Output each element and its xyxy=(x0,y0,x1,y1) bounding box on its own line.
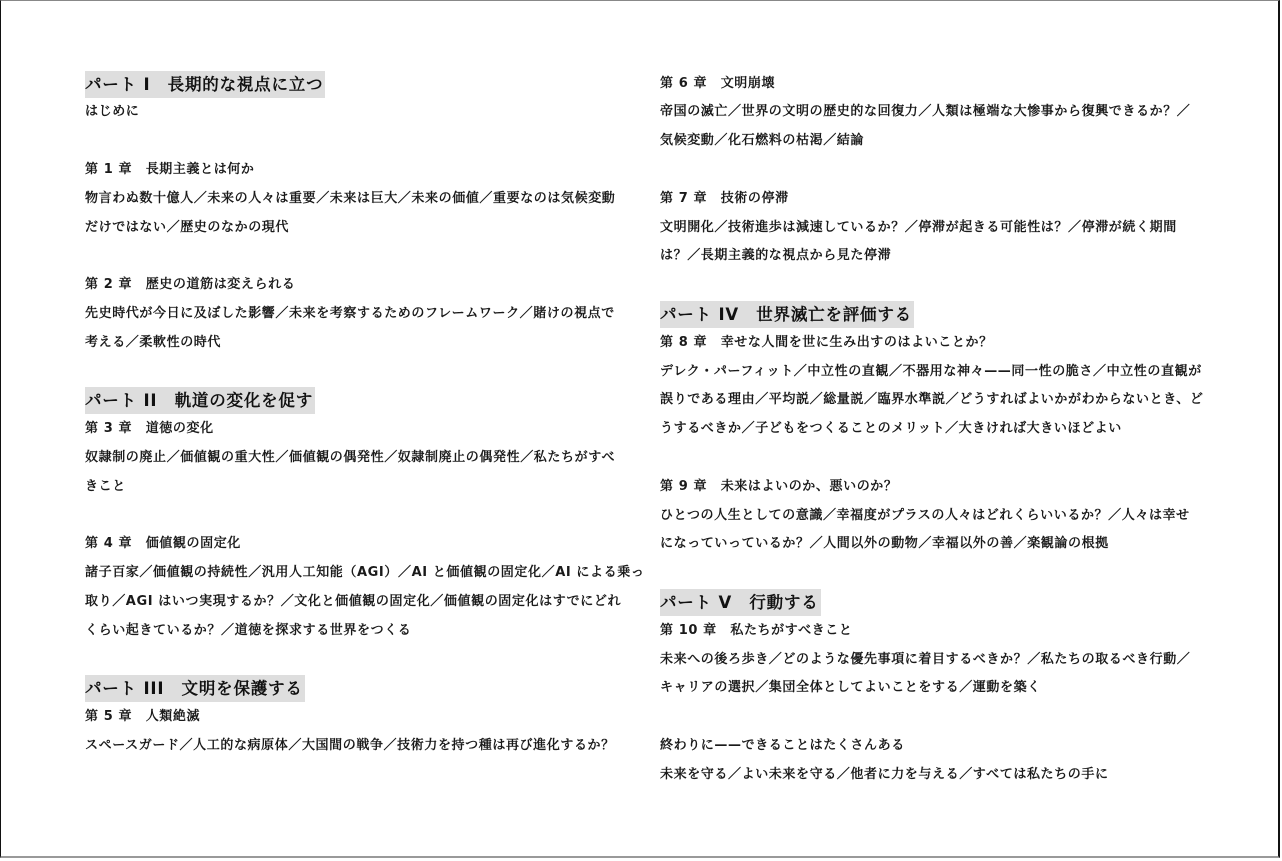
section-list-line: 帝国の滅亡／世界の文明の歴史的な回復力／人類は極端な大惨事から復興できるか？／ xyxy=(660,104,1190,119)
toc-row: キャリアの選択／集団全体としてよいことをする／運動を築く xyxy=(660,674,1205,703)
toc-row: 第 5 章 人類絶滅 xyxy=(85,703,630,732)
toc-row: 未来を守る／よい未来を守る／他者に力を与える／すべては私たちの手に xyxy=(660,761,1205,790)
toc-row: 帝国の滅亡／世界の文明の歴史的な回復力／人類は極端な大惨事から復興できるか？／ xyxy=(660,98,1205,127)
chapter-title: 第 3 章 道徳の変化 xyxy=(85,421,214,436)
spacer xyxy=(85,127,630,156)
section-list-line: 未来を守る／よい未来を守る／他者に力を与える／すべては私たちの手に xyxy=(660,767,1109,782)
toc-row: だけではない／歴史のなかの現代 xyxy=(85,214,630,243)
toc-row: になっていっているか？／人間以外の動物／幸福以外の善／楽観論の根拠 xyxy=(660,530,1205,559)
section-list-line: 誤りである理由／平均説／総量説／臨界水準説／どうすればよいかがわからないとき、ど xyxy=(660,392,1203,407)
toc-row: 第 9 章 未来はよいのか、悪いのか？ xyxy=(660,473,1205,502)
spacer xyxy=(660,559,1205,588)
chapter-title: 終わりに——できることはたくさんある xyxy=(660,738,905,753)
section-list-line: 奴隷制の廃止／価値観の重大性／価値観の偶発性／奴隷制廃止の偶発性／私たちがすべ xyxy=(85,450,615,465)
toc-row: 第 6 章 文明崩壊 xyxy=(660,70,1205,99)
toc-row: 物言わぬ数十億人／未来の人々は重要／未来は巨大／未来の価値／重要なのは気候変動 xyxy=(85,185,630,214)
section-list-line: 諸子百家／価値観の持続性／汎用人工知能（AGI）／AI と価値観の固定化／AI … xyxy=(85,565,644,580)
part-heading: パート IV 世界滅亡を評価する xyxy=(660,301,914,328)
toc-row: 奴隷制の廃止／価値観の重大性／価値観の偶発性／奴隷制廃止の偶発性／私たちがすべ xyxy=(85,444,630,473)
spacer xyxy=(660,271,1205,300)
toc-row: 気候変動／化石燃料の枯渇／結論 xyxy=(660,127,1205,156)
table-of-contents-page: パート I 長期的な視点に立つはじめに第 1 章 長期主義とは何か物言わぬ数十億… xyxy=(0,0,1280,858)
chapter-title: 第 1 章 長期主義とは何か xyxy=(85,162,255,177)
toc-row: はじめに xyxy=(85,98,630,127)
section-list-line: 未来への後ろ歩き／どのような優先事項に着目するべきか？／私たちの取るべき行動／ xyxy=(660,652,1190,667)
toc-right-column: 第 6 章 文明崩壊帝国の滅亡／世界の文明の歴史的な回復力／人類は極端な大惨事か… xyxy=(660,70,1205,790)
toc-row: ひとつの人生としての意識／幸福度がプラスの人々はどれくらいいるか？／人々は幸せ xyxy=(660,502,1205,531)
section-list-line: 文明開化／技術進歩は減速しているか？／停滞が起きる可能性は？／停滞が続く期間 xyxy=(660,220,1177,235)
toc-row: くらい起きているか？／道徳を探求する世界をつくる xyxy=(85,617,630,646)
section-list-line: 気候変動／化石燃料の枯渇／結論 xyxy=(660,133,864,148)
toc-row: 第 2 章 歴史の道筋は変えられる xyxy=(85,271,630,300)
part-heading: パート V 行動する xyxy=(660,589,821,616)
toc-row: 第 1 章 長期主義とは何か xyxy=(85,156,630,185)
chapter-title: 第 5 章 人類絶滅 xyxy=(85,709,200,724)
toc-left-column: パート I 長期的な視点に立つはじめに第 1 章 長期主義とは何か物言わぬ数十億… xyxy=(85,70,630,761)
toc-row: は？／長期主義的な視点から見た停滞 xyxy=(660,242,1205,271)
spacer xyxy=(85,646,630,675)
section-list-line: になっていっているか？／人間以外の動物／幸福以外の善／楽観論の根拠 xyxy=(660,536,1109,551)
toc-row: 誤りである理由／平均説／総量説／臨界水準説／どうすればよいかがわからないとき、ど xyxy=(660,386,1205,415)
part-heading: パート II 軌道の変化を促す xyxy=(85,387,315,414)
toc-row: 文明開化／技術進歩は減速しているか？／停滞が起きる可能性は？／停滞が続く期間 xyxy=(660,214,1205,243)
toc-row: うするべきか／子どもをつくることのメリット／大きければ大きいほどよい xyxy=(660,415,1205,444)
toc-row: 諸子百家／価値観の持続性／汎用人工知能（AGI）／AI と価値観の固定化／AI … xyxy=(85,559,630,588)
chapter-title: 第 2 章 歴史の道筋は変えられる xyxy=(85,277,295,292)
chapter-title: 第 6 章 文明崩壊 xyxy=(660,76,775,91)
section-list-line: デレク・パーフィット／中立性の直観／不器用な神々——同一性の脆さ／中立性の直観が xyxy=(660,364,1202,379)
toc-row: 取り／AGI はいつ実現するか？／文化と価値観の固定化／価値観の固定化はすでにど… xyxy=(85,588,630,617)
spacer xyxy=(85,242,630,271)
section-list-line: スペースガード／人工的な病原体／大国間の戦争／技術力を持つ種は再び進化するか？ xyxy=(85,738,615,753)
section-list-line: ひとつの人生としての意識／幸福度がプラスの人々はどれくらいいるか？／人々は幸せ xyxy=(660,508,1190,523)
part-heading: パート I 長期的な視点に立つ xyxy=(85,71,325,98)
toc-row: パート III 文明を保護する xyxy=(85,674,630,703)
toc-row: 第 3 章 道徳の変化 xyxy=(85,415,630,444)
chapter-title: 第 10 章 私たちがすべきこと xyxy=(660,623,852,638)
toc-row: パート IV 世界滅亡を評価する xyxy=(660,300,1205,329)
section-list-line: 考える／柔軟性の時代 xyxy=(85,335,221,350)
toc-row: 第 10 章 私たちがすべきこと xyxy=(660,617,1205,646)
spacer xyxy=(660,444,1205,473)
section-list-line: 物言わぬ数十億人／未来の人々は重要／未来は巨大／未来の価値／重要なのは気候変動 xyxy=(85,191,615,206)
toc-row: 第 7 章 技術の停滞 xyxy=(660,185,1205,214)
chapter-title: 第 9 章 未来はよいのか、悪いのか？ xyxy=(660,479,898,494)
chapter-title: 第 7 章 技術の停滞 xyxy=(660,191,789,206)
toc-row: 第 4 章 価値観の固定化 xyxy=(85,530,630,559)
toc-row: 考える／柔軟性の時代 xyxy=(85,329,630,358)
section-list-line: うするべきか／子どもをつくることのメリット／大きければ大きいほどよい xyxy=(660,421,1122,436)
spacer xyxy=(85,358,630,387)
section-list-line: は？／長期主義的な視点から見た停滞 xyxy=(660,248,891,263)
section-list-line: 取り／AGI はいつ実現するか？／文化と価値観の固定化／価値観の固定化はすでにど… xyxy=(85,594,621,609)
section-list-line: 先史時代が今日に及ぼした影響／未来を考察するためのフレームワーク／賭けの視点で xyxy=(85,306,615,321)
spacer xyxy=(660,156,1205,185)
toc-row: 先史時代が今日に及ぼした影響／未来を考察するためのフレームワーク／賭けの視点で xyxy=(85,300,630,329)
chapter-title: 第 4 章 価値観の固定化 xyxy=(85,536,241,551)
toc-row: パート II 軌道の変化を促す xyxy=(85,386,630,415)
section-list-line: キャリアの選択／集団全体としてよいことをする／運動を築く xyxy=(660,680,1041,695)
part-heading: パート III 文明を保護する xyxy=(85,675,305,702)
toc-row: 第 8 章 幸せな人間を世に生み出すのはよいことか？ xyxy=(660,329,1205,358)
toc-row: パート V 行動する xyxy=(660,588,1205,617)
toc-row: 未来への後ろ歩き／どのような優先事項に着目するべきか？／私たちの取るべき行動／ xyxy=(660,646,1205,675)
chapter-title: 第 8 章 幸せな人間を世に生み出すのはよいことか？ xyxy=(660,335,993,350)
toc-row: きこと xyxy=(85,473,630,502)
toc-row: デレク・パーフィット／中立性の直観／不器用な神々——同一性の脆さ／中立性の直観が xyxy=(660,358,1205,387)
chapter-title: はじめに xyxy=(85,104,139,119)
spacer xyxy=(85,502,630,531)
section-list-line: くらい起きているか？／道徳を探求する世界をつくる xyxy=(85,623,411,638)
section-list-line: きこと xyxy=(85,479,126,494)
toc-row: パート I 長期的な視点に立つ xyxy=(85,70,630,99)
toc-row: 終わりに——できることはたくさんある xyxy=(660,732,1205,761)
section-list-line: だけではない／歴史のなかの現代 xyxy=(85,220,289,235)
spacer xyxy=(660,703,1205,732)
toc-row: スペースガード／人工的な病原体／大国間の戦争／技術力を持つ種は再び進化するか？ xyxy=(85,732,630,761)
